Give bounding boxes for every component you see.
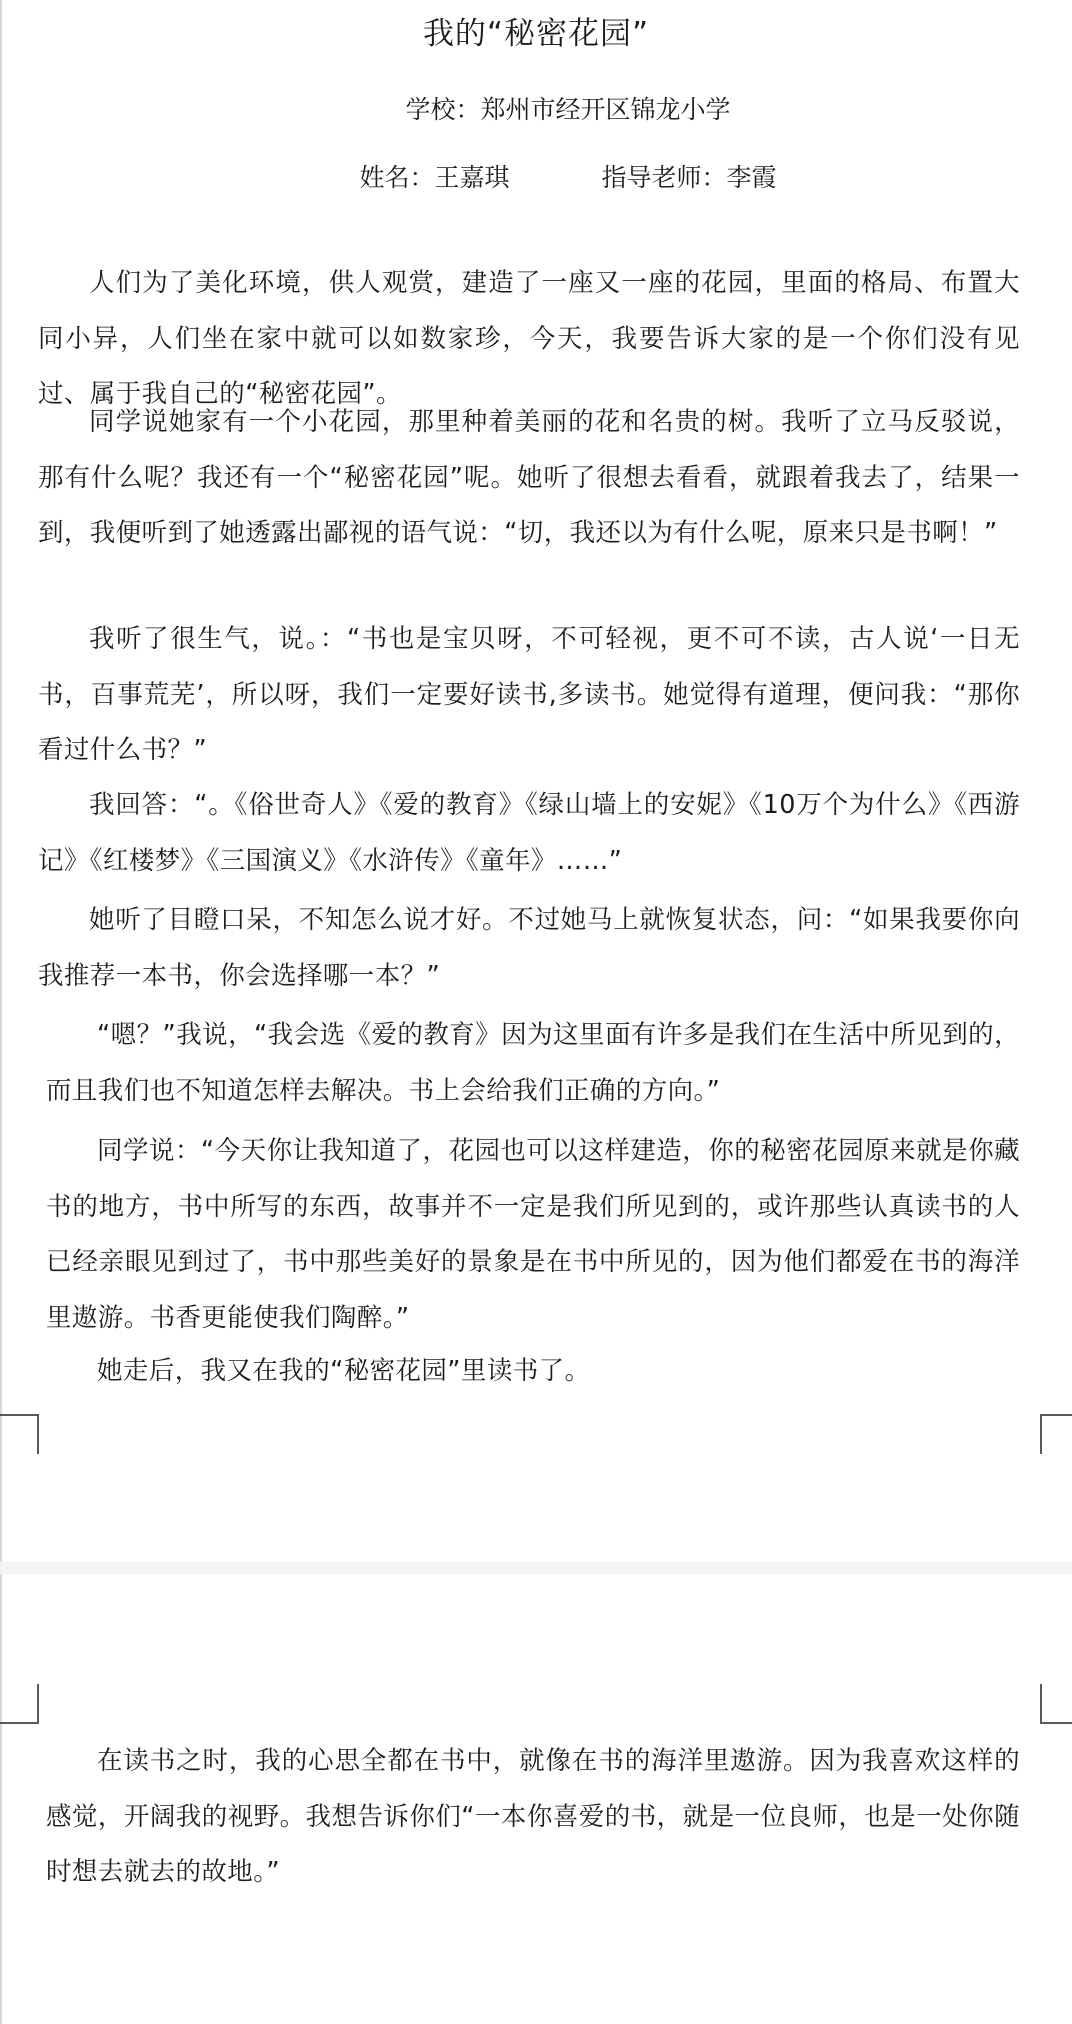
paragraph: 她走后，我又在我的“秘密花园”里读书了。 [46, 1344, 1020, 1400]
paragraph: 她听了目瞪口呆，不知怎么说才好。不过她马上就恢复状态，问：“如果我要你向我推荐一… [38, 893, 1020, 1004]
margin-corner-mark-icon [0, 1414, 39, 1454]
paragraph: “嗯？”我说，“我会选《爱的教育》因为这里面有许多是我们在生活中所见到的，而且我… [46, 1008, 1020, 1119]
page-break [0, 1562, 1072, 1574]
school-label: 学校： [405, 95, 480, 124]
paragraph: 我回答：“。《俗世奇人》《爱的教育》《绿山墙上的安妮》《10万个为什么》《西游记… [38, 778, 1020, 889]
author-line: 姓名：王嘉琪指导老师：李霞 [0, 160, 1072, 196]
paragraph: 我听了很生气，说。：“书也是宝贝呀，不可轻视，更不可不读，古人说‘一日无书，百事… [38, 612, 1020, 779]
school-value: 郑州市经开区锦龙小学 [481, 95, 731, 124]
teacher-label: 指导老师： [602, 163, 727, 192]
document-title: 我的“秘密花园” [0, 12, 1072, 56]
paragraph: 同学说她家有一个小花园，那里种着美丽的花和名贵的树。我听了立马反驳说，那有什么呢… [38, 395, 1020, 562]
name-value: 王嘉琪 [434, 163, 509, 192]
margin-corner-mark-icon [1040, 1684, 1072, 1724]
school-line: 学校：郑州市经开区锦龙小学 [0, 92, 1072, 128]
paragraph: 同学说：“今天你让我知道了，花园也可以这样建造，你的秘密花园原来就是你藏书的地方… [46, 1124, 1020, 1346]
name-label: 姓名： [359, 163, 434, 192]
margin-corner-mark-icon [1040, 1414, 1072, 1454]
paragraph: 在读书之时，我的心思全都在书中，就像在书的海洋里遨游。因为我喜欢这样的感觉，开阔… [46, 1734, 1020, 1901]
margin-corner-mark-icon [0, 1684, 39, 1724]
teacher-value: 李霞 [727, 163, 777, 192]
